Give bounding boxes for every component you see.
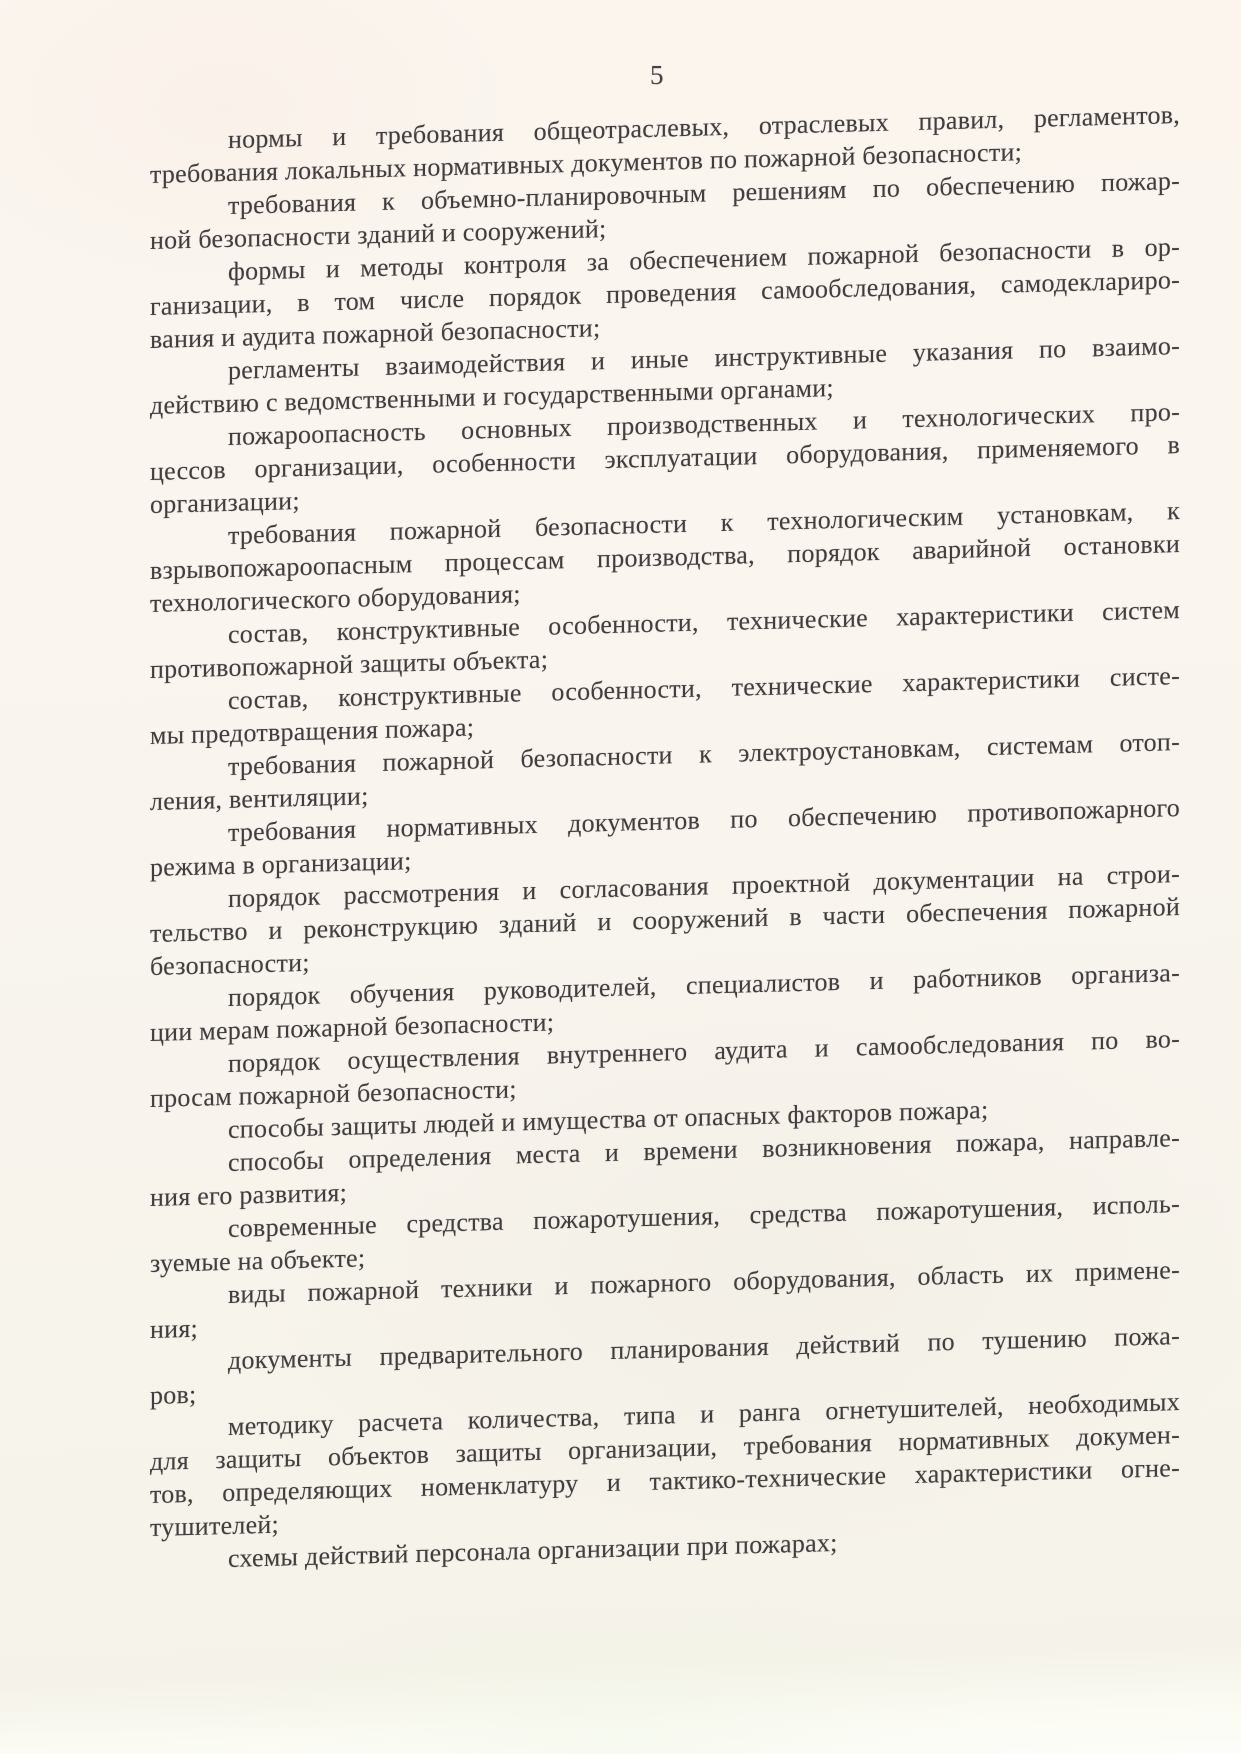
scanned-document-page: 5 нормы и требования общеотраслевых, отр… <box>0 0 1241 1754</box>
page-number: 5 <box>650 60 664 91</box>
document-body-text: нормы и требования общеотраслевых, отрас… <box>150 98 1180 1577</box>
